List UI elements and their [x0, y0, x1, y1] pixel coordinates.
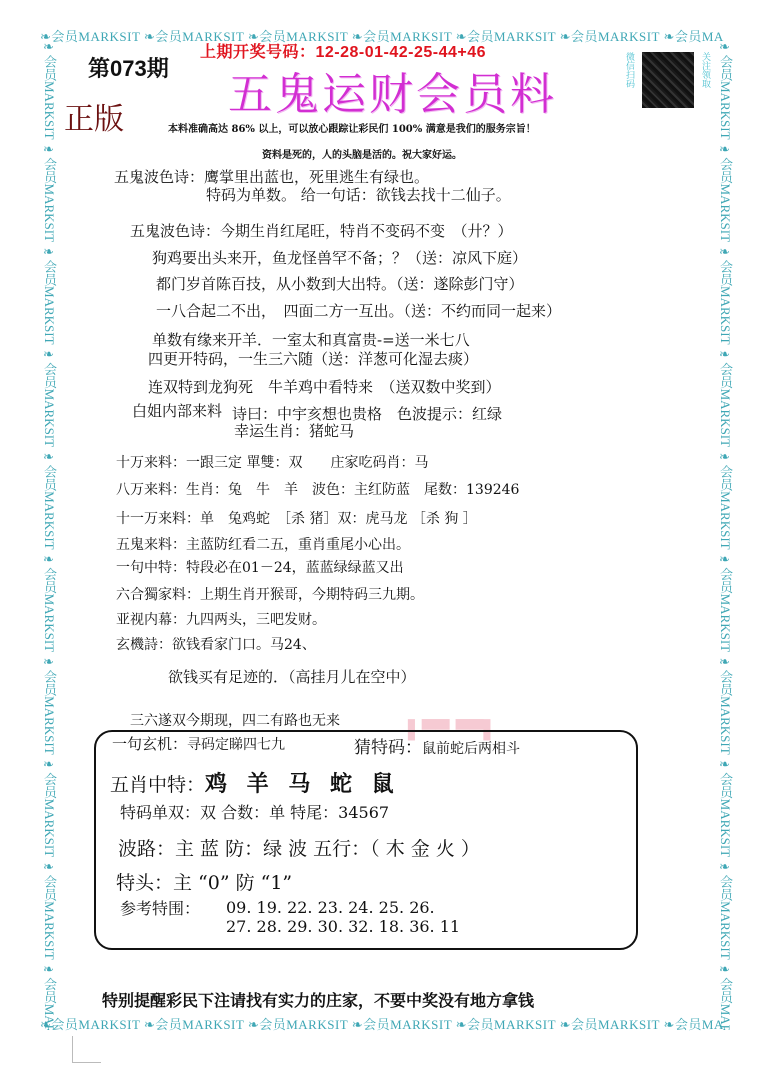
qr-caption-right: 关注领取 — [700, 52, 712, 108]
reference-numbers-2: 27. 28. 29. 30. 32. 18. 36. 11 — [226, 917, 460, 936]
source-item: 十万来料：一跟三定 單雙：双 庄家吃码肖：马 — [116, 452, 428, 472]
page-title: 五鬼运财会员料 — [228, 58, 557, 122]
xuanji-label: 一句玄机： — [112, 735, 187, 753]
poem-2-title: 五鬼波色诗：今期生肖红尾旺，特肖不变码不变 （廾？） — [130, 220, 513, 241]
source-item: 一句中特：特段必在01－24，蓝蓝绿绿蓝又出 — [116, 557, 404, 577]
xuanji-row: 一句玄机：寻码定睇四七九 — [112, 733, 285, 754]
border-left-watermark: ❧会员MARKSIT ❧会员MARKSIT ❧会员MARKSIT ❧会员MARK… — [40, 40, 58, 1030]
qr-code-block: 微信扫码 关注领取 — [620, 52, 714, 112]
poem-2-line: 狗鸡要出头来开，鱼龙怪兽罕不备；？（送：凉风下庭） — [152, 247, 527, 268]
baijie-label: 白姐内部来料 — [132, 400, 222, 421]
footer-notice: 特别提醒彩民下注请找有实力的庄家，不要中奖没有地方拿钱 — [102, 988, 534, 1011]
source-item: 六合獨家料：上期生肖开猴哥，今期特码三九期。 — [116, 584, 424, 604]
special-head-row: 特头：主 “0” 防 “1” — [116, 868, 292, 895]
issue-number: 第073期 — [88, 52, 169, 83]
source-item: 八万来料：生肖：兔 牛 羊 波色：主红防蓝 尾数：139246 — [116, 479, 519, 499]
tagline: 本料准确高达 86% 以上，可以放心跟踪让彩民们 100% 满意是我们的服务宗旨… — [168, 120, 536, 135]
reference-numbers-1: 09. 19. 22. 23. 24. 25. 26. — [226, 898, 435, 917]
page-corner-mark — [72, 1036, 101, 1063]
source-item: 亚视内幕：九四两头，三吧发财。 — [116, 609, 326, 629]
five-zodiac-row: 五肖中特：鸡 羊 马 蛇 鼠 — [110, 767, 400, 798]
poem-1-line-2: 特码为单数。 给一句话：欲钱去找十二仙子。 — [206, 184, 511, 205]
five-zodiac-value: 鸡 羊 马 蛇 鼠 — [205, 771, 400, 797]
poem-2-line: 四更开特码，一生三六随（送：洋葱可化湿去痰） — [148, 348, 478, 369]
source-item: 十一万来料：单 兔鸡蛇 ［杀 猪］双：虎马龙 ［杀 狗 ］ — [116, 508, 477, 528]
motto: 资料是死的，人的头脑是活的。祝大家好运。 — [262, 146, 462, 161]
border-right-watermark: ❧会员MARKSIT ❧会员MARKSIT ❧会员MARKSIT ❧会员MARK… — [716, 40, 734, 1030]
guess-row: 猜特码：鼠前蛇后两相斗 — [354, 733, 520, 758]
source-item: 玄機詩：欲钱看家门口。马24、 — [116, 634, 316, 654]
qr-code-icon — [642, 52, 694, 108]
poem-2-line: 连双特到龙狗死 牛羊鸡中看特来 （送双数中奖到） — [148, 376, 501, 397]
poem-2-line: 一八合起二不出， 四面二方一互出。（送：不约而同一起来） — [156, 300, 561, 321]
guess-value: 鼠前蛇后两相斗 — [422, 741, 520, 757]
qr-caption-left: 微信扫码 — [624, 52, 636, 108]
odd-even-row: 特码单双：双 合数：单 特尾：34567 — [120, 800, 389, 823]
five-zodiac-label: 五肖中特： — [110, 774, 205, 796]
source-item: 五鬼来料：主蓝防红看二五，重肖重尾小心出。 — [116, 534, 410, 554]
poem-2-line: 单数有缘来开羊．一室太和真富贵-=送一米七八 — [152, 329, 470, 350]
border-bottom-watermark: ❧会员MARKSIT ❧会员MARKSIT ❧会员MARKSIT ❧会员MARK… — [40, 1016, 724, 1034]
edition-label: 正版 — [64, 94, 124, 138]
guess-label: 猜特码： — [354, 738, 422, 758]
xuanji-value: 寻码定睇四七九 — [187, 737, 285, 753]
riddle-line: 欲钱买有足迹的．（高挂月儿在空中） — [168, 666, 416, 687]
reference-label: 参考特围： — [120, 896, 200, 919]
poem-2-line: 都门岁首陈百技，从小数到大出特。（送：遂除彭门守） — [156, 273, 524, 294]
baijie-lucky-zodiac: 幸运生肖：猪蛇马 — [234, 420, 354, 441]
wave-row: 波路：主 蓝 防：绿 波 五行：（ 木 金 火 ） — [118, 834, 480, 861]
riddle-line-2: 三六遂双今期现，四二有路也无来 — [130, 710, 340, 730]
